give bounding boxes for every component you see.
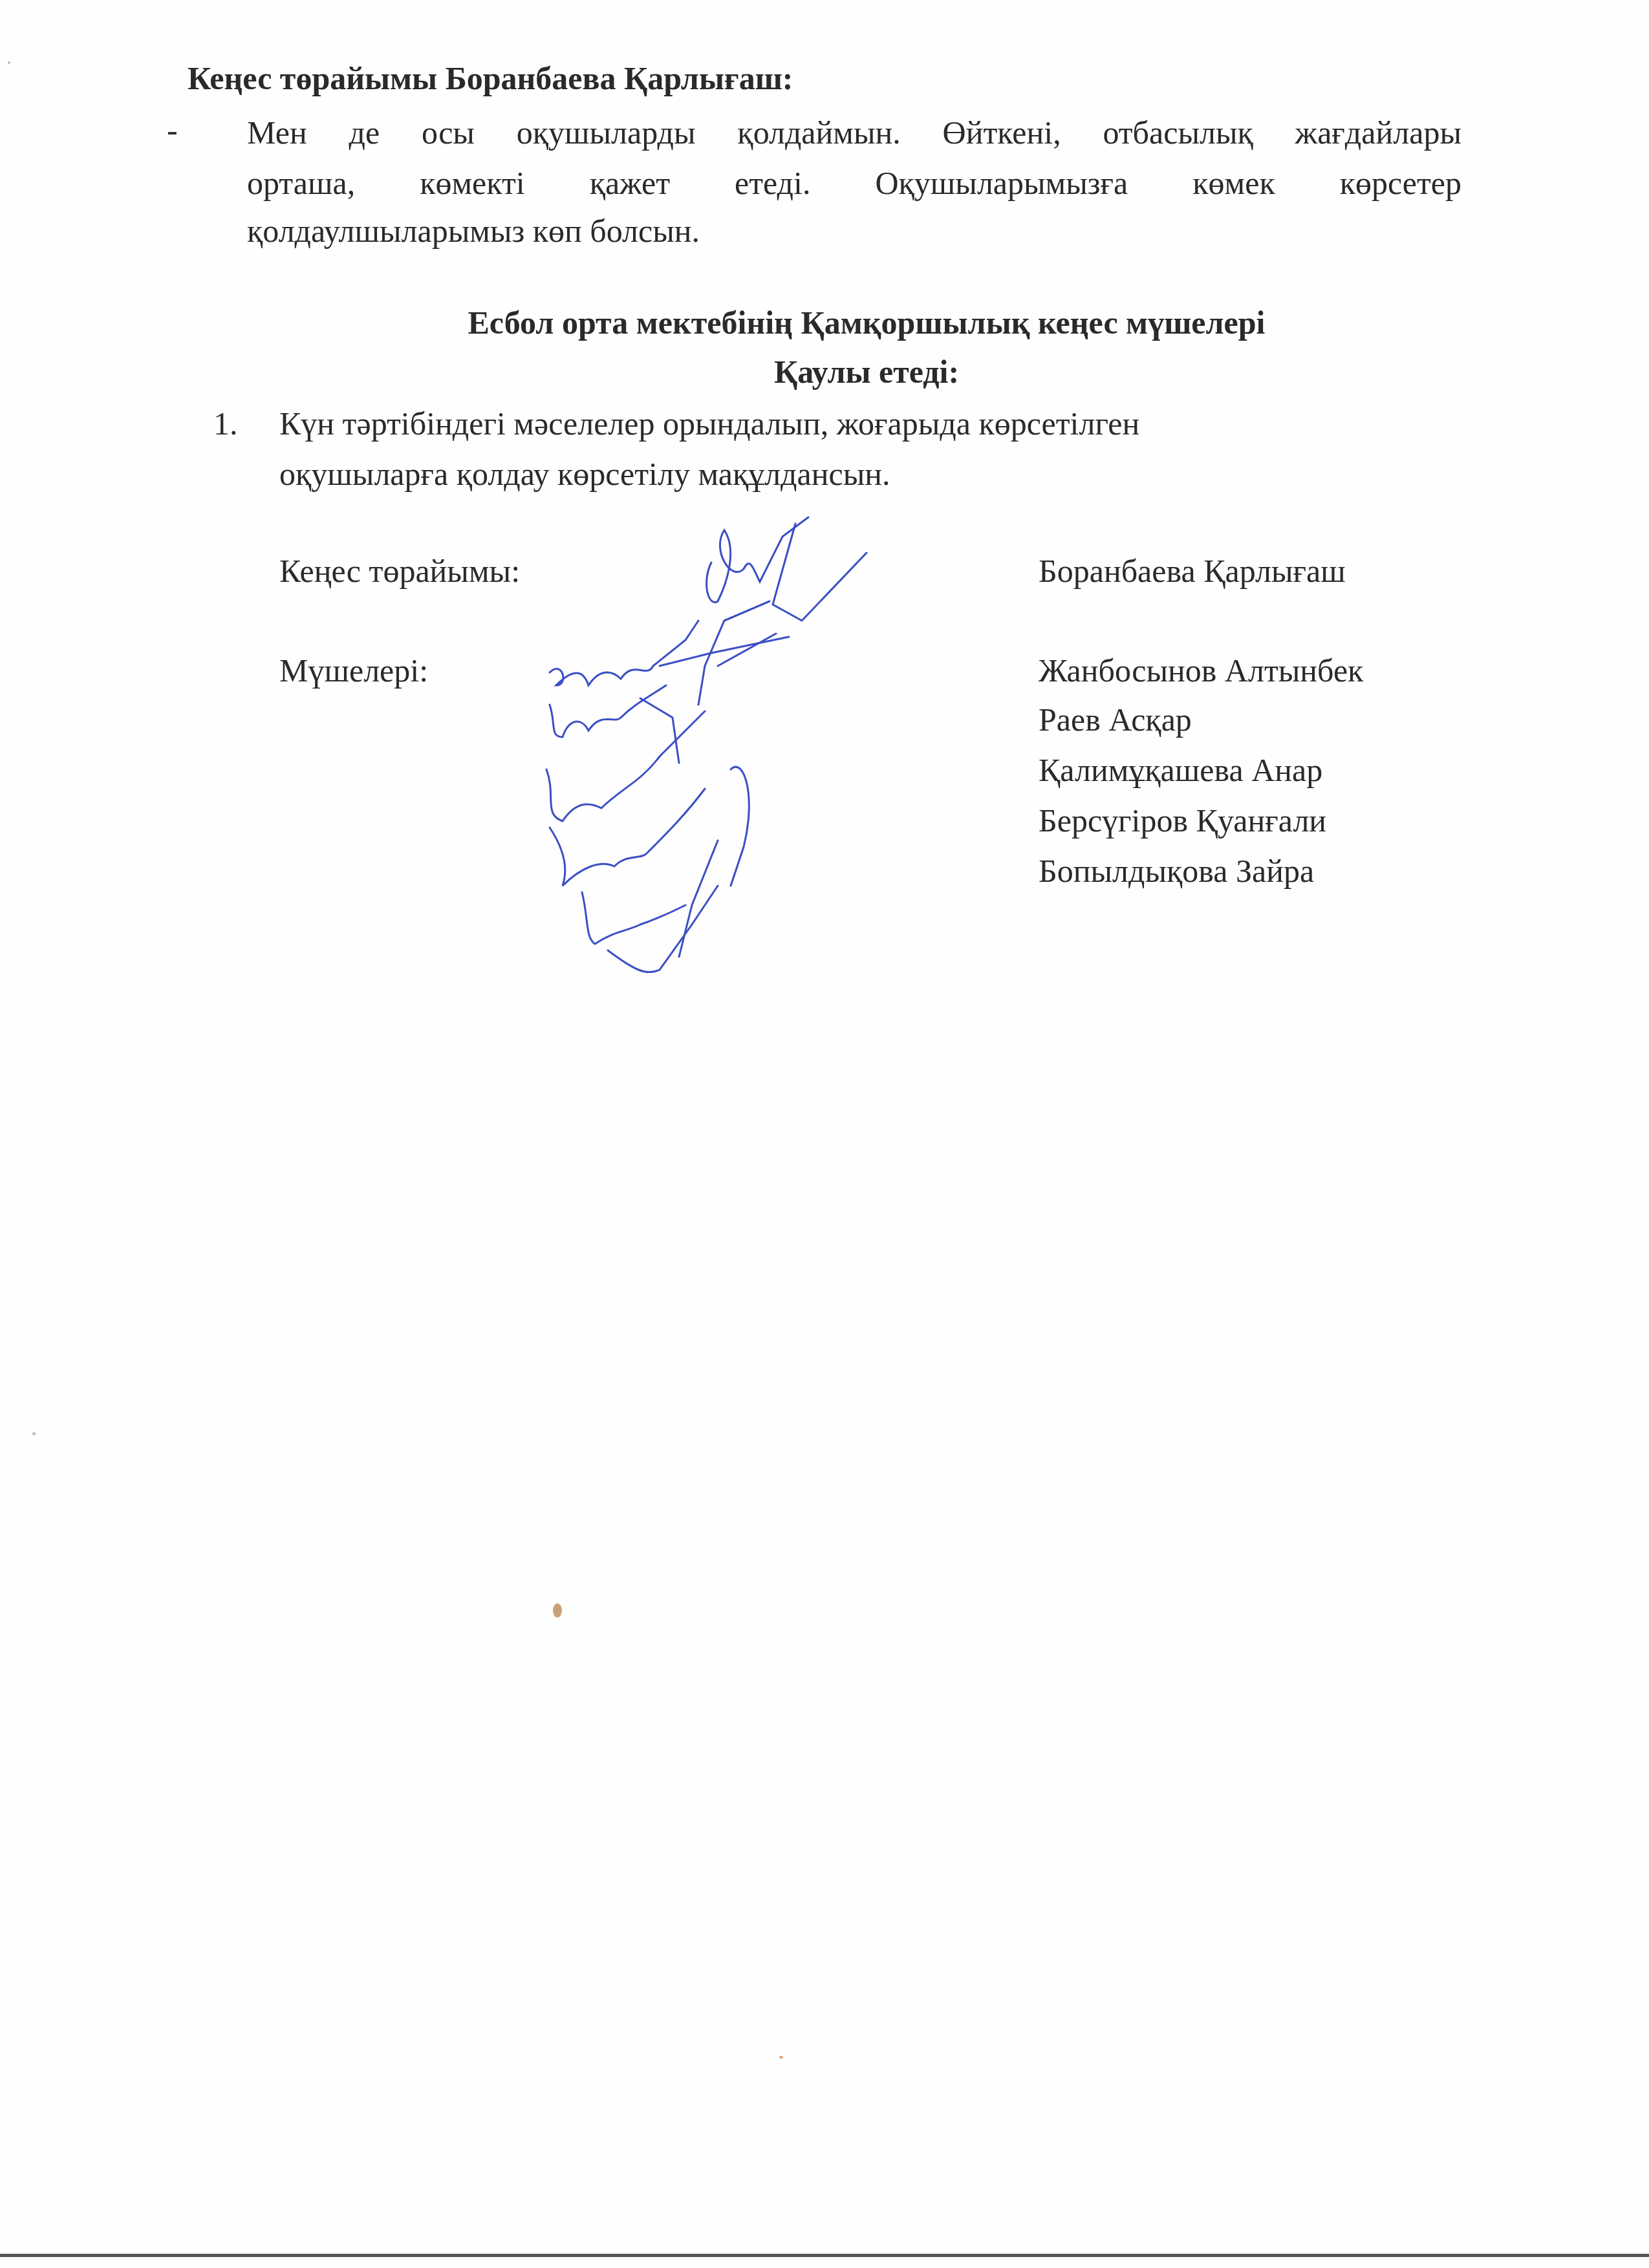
handwritten-signatures bbox=[0, 0, 1649, 1034]
scan-speck bbox=[553, 1603, 562, 1618]
scan-speck bbox=[32, 1432, 36, 1435]
scan-speck bbox=[779, 2056, 783, 2059]
scan-edge bbox=[0, 2254, 1649, 2257]
scan-speck bbox=[8, 61, 10, 64]
